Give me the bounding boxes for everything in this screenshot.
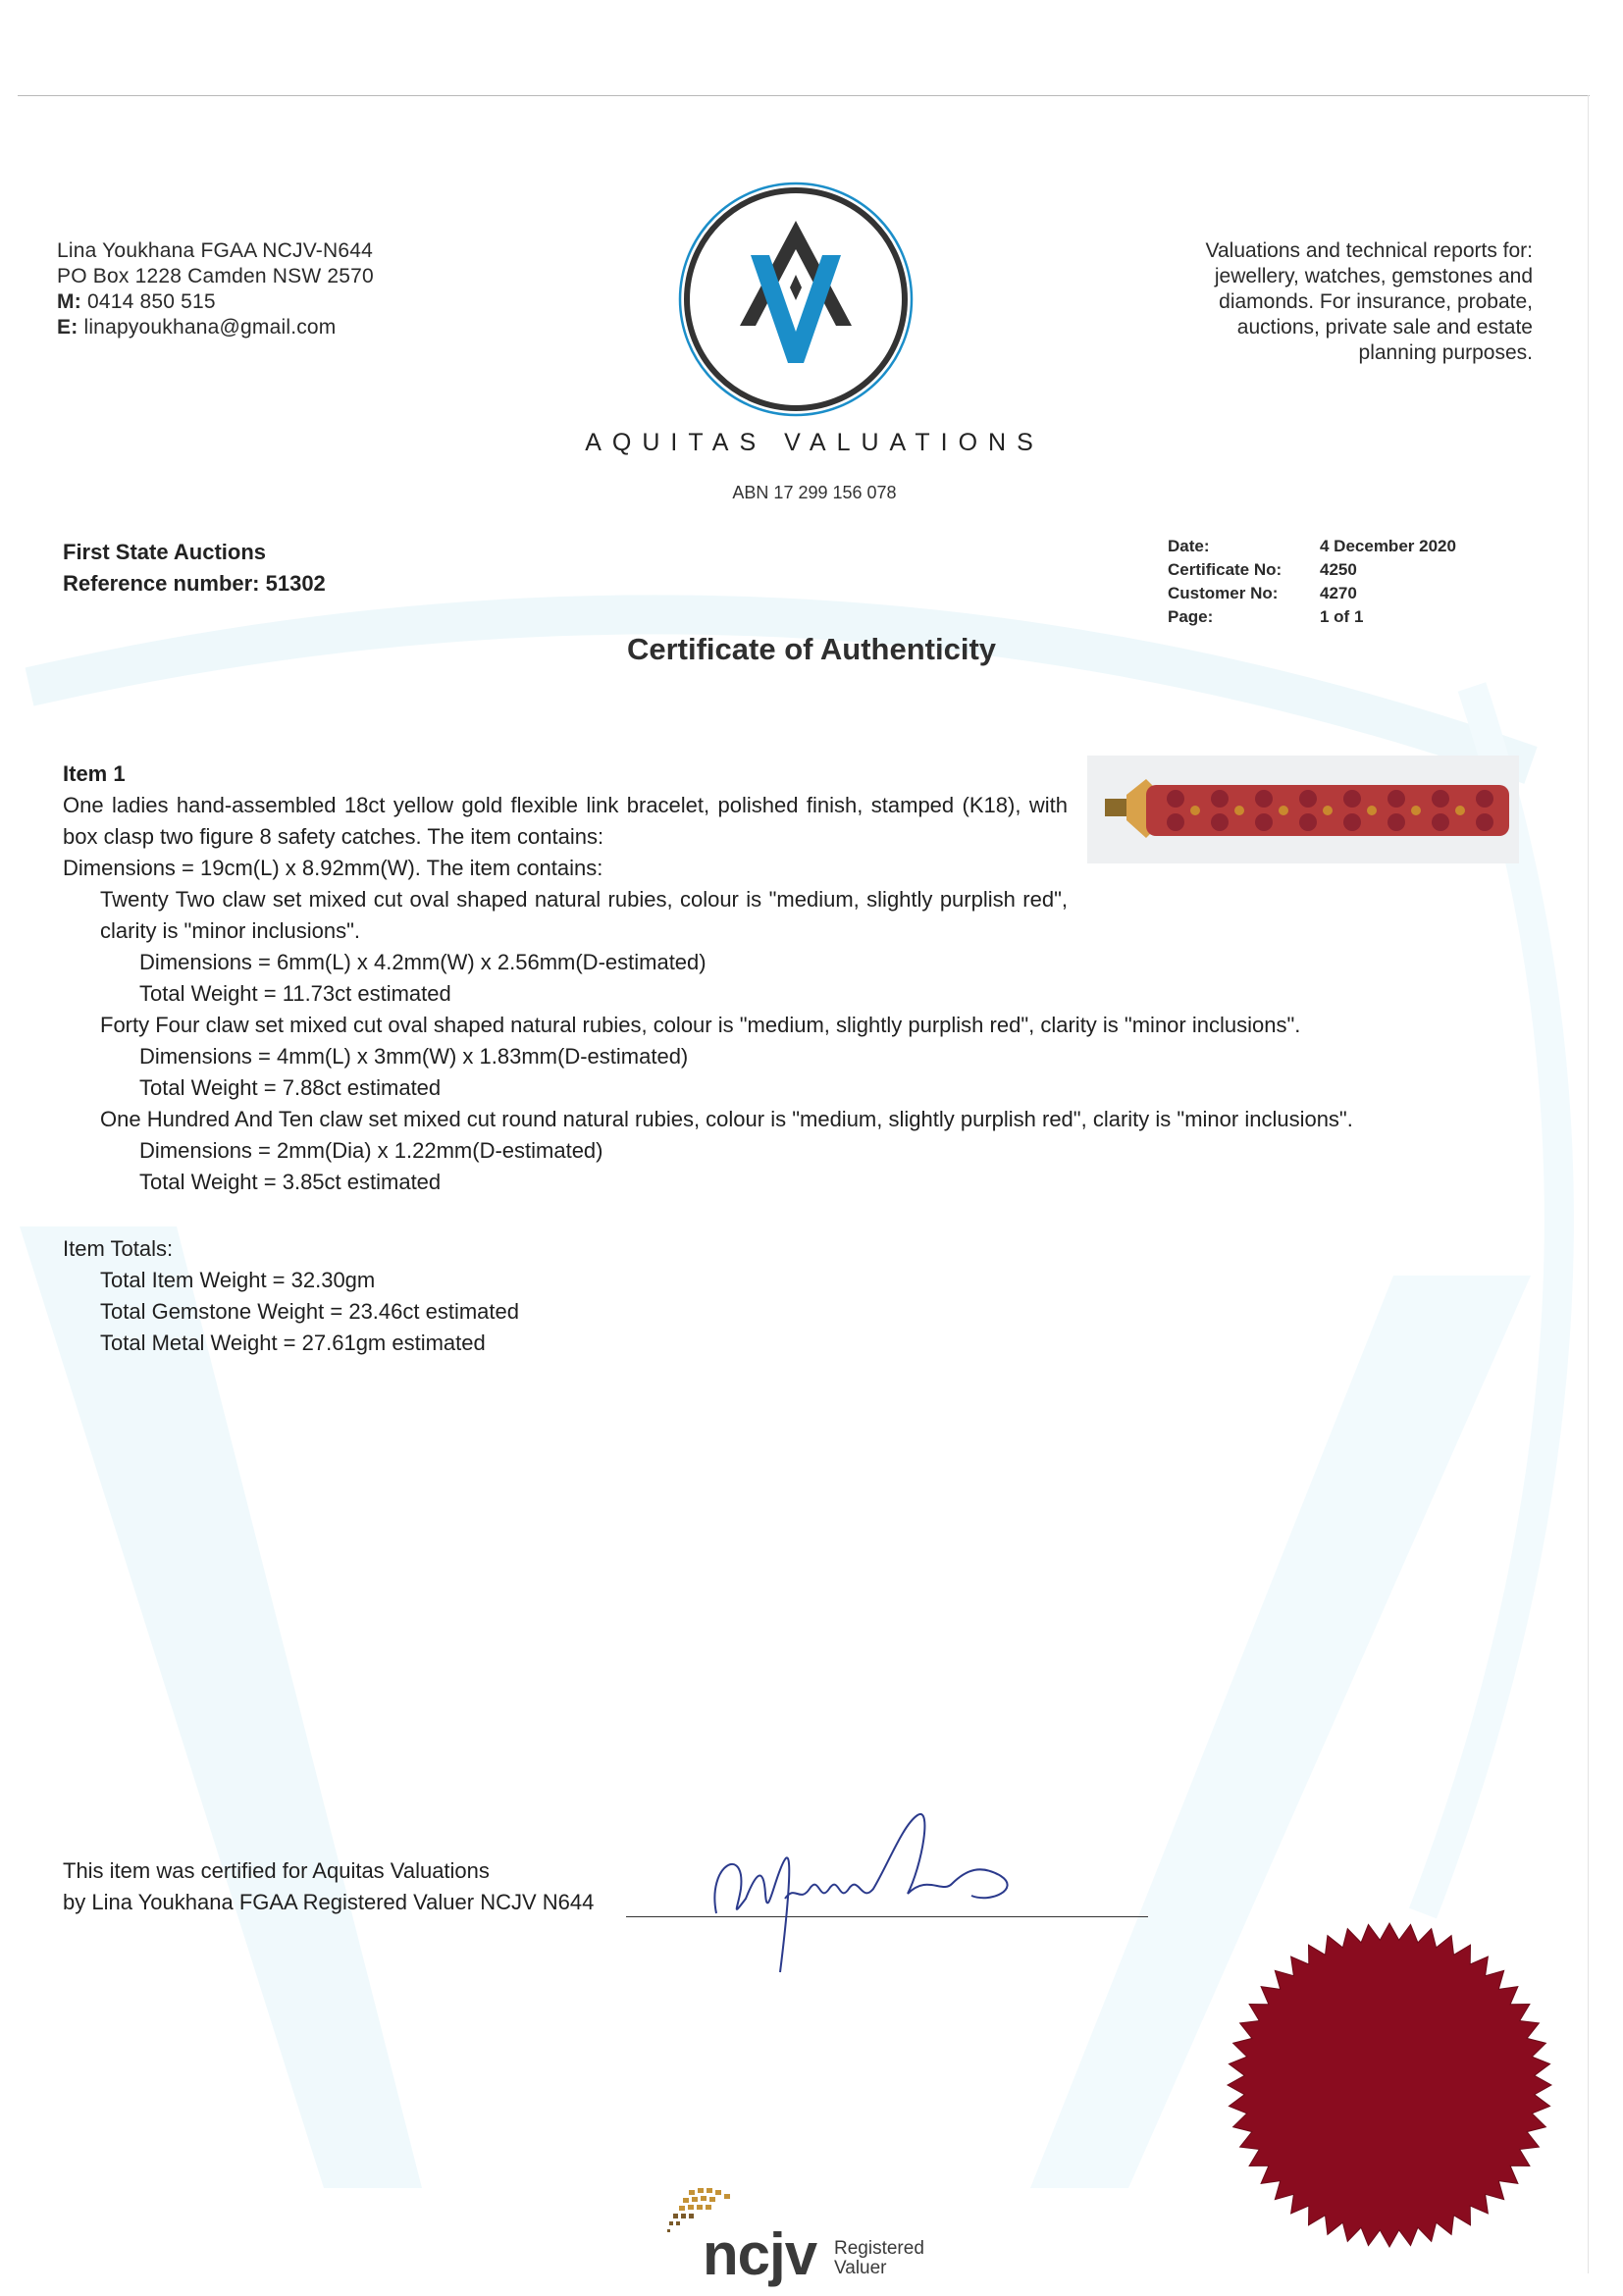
client-name: First State Auctions [63, 537, 326, 568]
item-dimensions: Dimensions = 19cm(L) x 8.92mm(W). The it… [63, 853, 1574, 884]
client-block: First State Auctions Reference number: 5… [63, 537, 326, 600]
document-title: Certificate of Authenticity [0, 632, 1623, 667]
item-description: One ladies hand-assembled 18ct yellow go… [63, 790, 1068, 853]
stone-1-dimensions: Dimensions = 6mm(L) x 4.2mm(W) x 2.56mm(… [63, 947, 1574, 978]
email-address: linapyoukhana@gmail.com [83, 316, 336, 339]
signature-icon [687, 1805, 1158, 1982]
abn: ABN 17 299 156 078 [648, 483, 981, 503]
stone-2-weight: Total Weight = 7.88ct estimated [63, 1072, 1574, 1104]
stone-1-description: Twenty Two claw set mixed cut oval shape… [63, 884, 1068, 947]
stone-3-dimensions: Dimensions = 2mm(Dia) x 1.22mm(D-estimat… [63, 1135, 1574, 1167]
top-rule [18, 95, 1590, 96]
client-reference: Reference number: 51302 [63, 568, 326, 600]
email-line: E: linapyoukhana@gmail.com [57, 315, 374, 340]
ncjv-logo: ncjv Registered Valuer [659, 2184, 954, 2287]
meta-page: Page:1 of 1 [1168, 605, 1456, 629]
item-section: Item 1 One ladies hand-assembled 18ct ye… [63, 758, 1574, 1198]
item-heading: Item 1 [63, 758, 1574, 790]
wax-seal-icon [1223, 1918, 1556, 2252]
totals-heading: Item Totals: [63, 1233, 519, 1265]
valuer-address: Lina Youkhana FGAA NCJV-N644 PO Box 1228… [57, 238, 374, 340]
meta-certificate-no: Certificate No:4250 [1168, 558, 1456, 582]
stone-1-weight: Total Weight = 11.73ct estimated [63, 978, 1574, 1010]
ncjv-registered-valuer: Registered Valuer [834, 2239, 924, 2278]
item-totals: Item Totals: Total Item Weight = 32.30gm… [63, 1233, 519, 1359]
certificate-meta: Date:4 December 2020 Certificate No:4250… [1168, 535, 1456, 629]
po-box: PO Box 1228 Camden NSW 2570 [57, 264, 374, 289]
valuer-name: Lina Youkhana FGAA NCJV-N644 [57, 238, 374, 264]
stone-3-description: One Hundred And Ten claw set mixed cut r… [63, 1104, 1574, 1135]
certification-statement: This item was certified for Aquitas Valu… [63, 1855, 594, 1918]
stone-3-weight: Total Weight = 3.85ct estimated [63, 1167, 1574, 1198]
total-metal-weight: Total Metal Weight = 27.61gm estimated [63, 1328, 519, 1359]
right-rule [1588, 95, 1589, 2273]
services-blurb: Valuations and technical reports for: je… [1121, 238, 1533, 366]
meta-customer-no: Customer No:4270 [1168, 582, 1456, 605]
stone-2-description: Forty Four claw set mixed cut oval shape… [63, 1010, 1574, 1041]
ncjv-wordmark: ncjv [703, 2225, 816, 2284]
total-gemstone-weight: Total Gemstone Weight = 23.46ct estimate… [63, 1296, 519, 1328]
av-monogram-logo-icon [673, 177, 918, 422]
brand-name: AQUITAS VALUATIONS [550, 429, 1079, 457]
total-item-weight: Total Item Weight = 32.30gm [63, 1265, 519, 1296]
stone-2-dimensions: Dimensions = 4mm(L) x 3mm(W) x 1.83mm(D-… [63, 1041, 1574, 1072]
mobile-number: 0414 850 515 [87, 290, 216, 313]
meta-date: Date:4 December 2020 [1168, 535, 1456, 558]
mobile-line: M: 0414 850 515 [57, 289, 374, 315]
